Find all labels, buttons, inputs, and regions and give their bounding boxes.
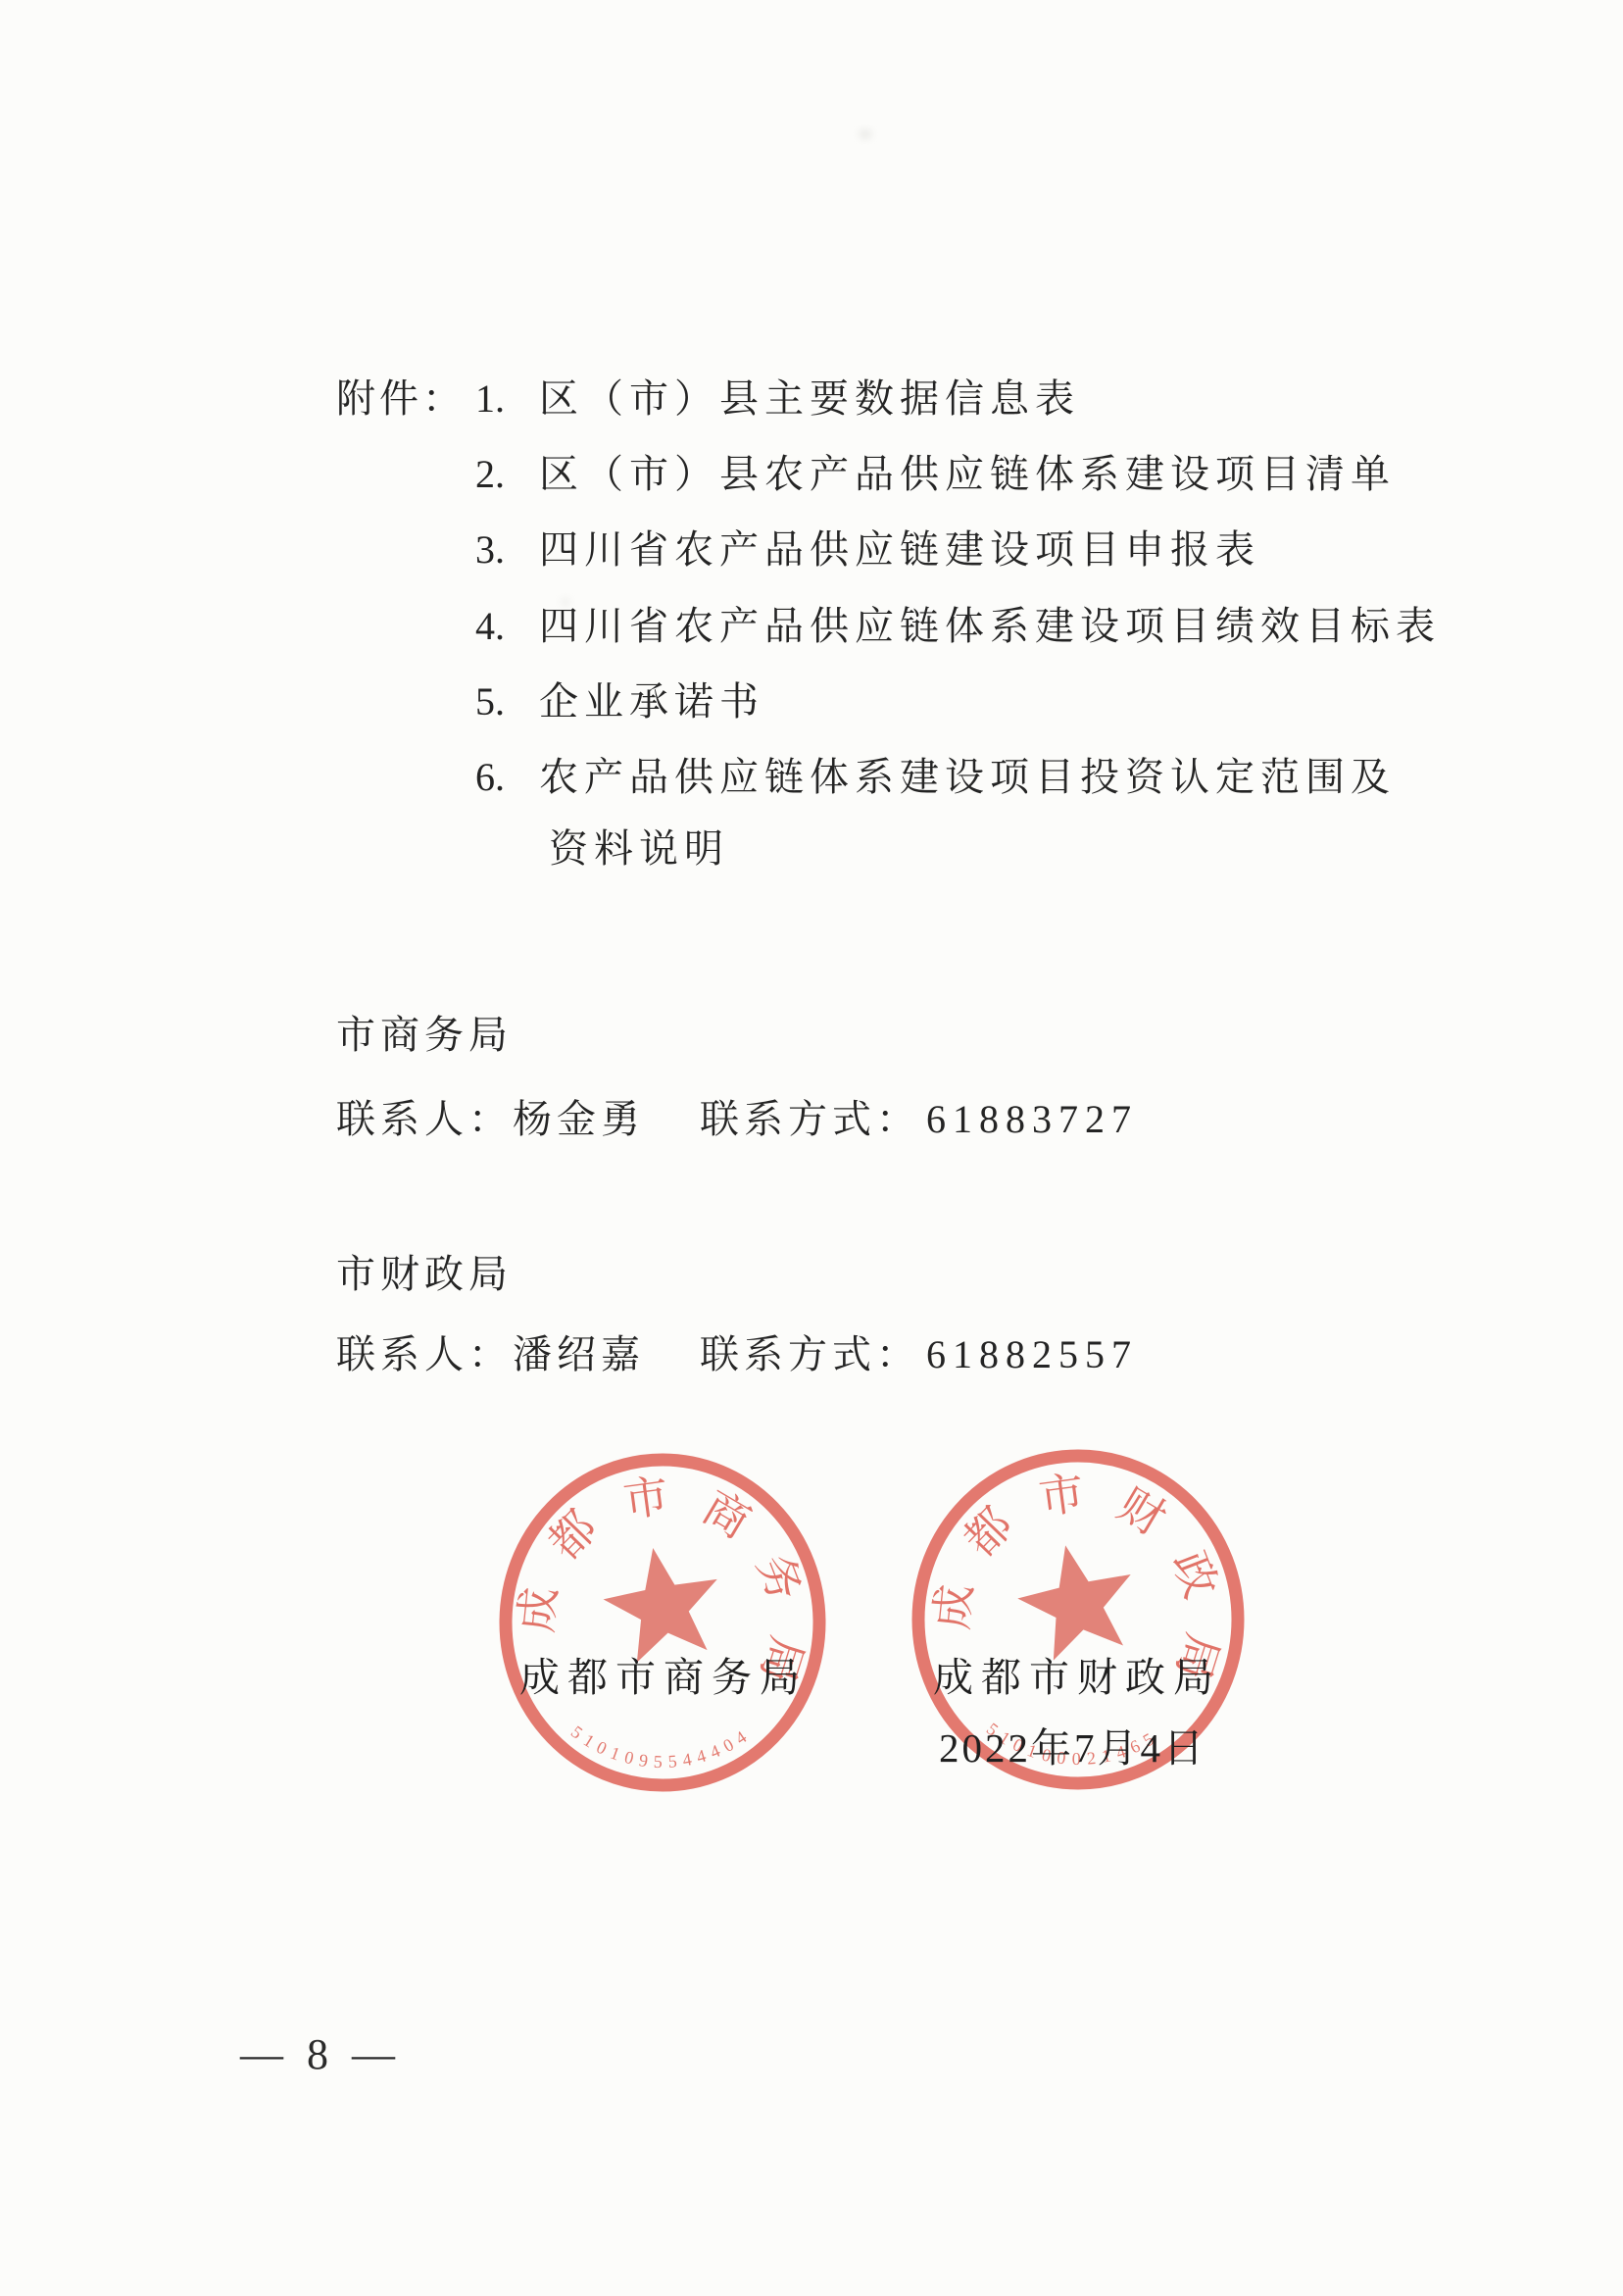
contact-line: 联系人：杨金勇联系方式：61883727: [336, 1088, 1138, 1144]
signature-org-commerce: 成都市商务局: [519, 1645, 808, 1703]
attachment-number: 1.: [475, 376, 539, 422]
contact-person-label: 联系人：: [336, 1097, 513, 1141]
attachment-number: 4.: [475, 604, 539, 649]
page-footer: — 8 —: [240, 2029, 395, 2079]
attachment-title-line2: 资料说明: [549, 826, 729, 871]
org-name: 市商务局: [336, 1004, 513, 1060]
footer-dash-left: —: [240, 2029, 283, 2079]
signature-org-finance: 成都市财政局: [933, 1645, 1221, 1703]
contact-line: 联系人：潘绍嘉联系方式：61882557: [336, 1323, 1138, 1379]
attachment-item: 附件：1.区（市）县主要数据信息表: [336, 376, 1080, 422]
attachment-item: 4.四川省农产品供应链体系建设项目绩效目标表: [475, 604, 1441, 649]
attachment-title: 四川省农产品供应链建设项目申报表: [539, 527, 1260, 572]
contact-person: 杨金勇: [513, 1097, 645, 1141]
official-seal-commerce: 成都市商务局 5101095544404: [476, 1436, 849, 1809]
attachment-title: 区（市）县主要数据信息表: [539, 376, 1080, 421]
contact-person-label: 联系人：: [336, 1332, 513, 1376]
attachment-item: 6.农产品供应链体系建设项目投资认定范围及: [475, 755, 1396, 800]
document-page: 附件：1.区（市）县主要数据信息表 2.区（市）县农产品供应链体系建设项目清单 …: [0, 0, 1623, 2296]
attachment-number: 6.: [475, 755, 539, 800]
contact-phone: 61882557: [926, 1332, 1138, 1376]
attachment-number: 2.: [475, 452, 539, 497]
attachment-title: 农产品供应链体系建设项目投资认定范围及: [539, 755, 1396, 799]
attachment-title: 企业承诺书: [539, 679, 764, 724]
contact-person: 潘绍嘉: [513, 1332, 645, 1376]
contact-phone: 61883727: [926, 1097, 1138, 1141]
attachment-number: 3.: [475, 527, 539, 573]
scan-smudge: [859, 129, 872, 139]
attachment-title: 四川省农产品供应链体系建设项目绩效目标表: [539, 604, 1441, 648]
attachment-item: 3.四川省农产品供应链建设项目申报表: [475, 527, 1260, 573]
org-name: 市财政局: [336, 1243, 513, 1299]
attachments-label: 附件：: [336, 376, 475, 422]
attachment-item-continuation: 资料说明: [549, 826, 729, 872]
attachment-title: 区（市）县农产品供应链体系建设项目清单: [539, 452, 1396, 496]
attachment-item: 2.区（市）县农产品供应链体系建设项目清单: [475, 452, 1396, 497]
footer-dash-right: —: [352, 2029, 395, 2079]
contact-method-label: 联系方式：: [700, 1332, 920, 1376]
contact-method-label: 联系方式：: [700, 1097, 920, 1141]
attachment-number: 5.: [475, 679, 539, 724]
page-number: 8: [307, 2029, 328, 2079]
signature-date: 2022年7月4日: [939, 1716, 1206, 1773]
attachment-item: 5.企业承诺书: [475, 679, 764, 724]
